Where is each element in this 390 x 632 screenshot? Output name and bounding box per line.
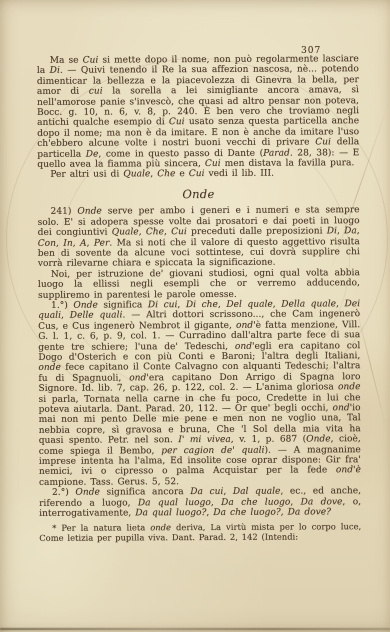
paragraph-cross-reference: Per altri usi di Quale, Che e Cui vedi i… (37, 169, 359, 181)
section-heading-onde: Onde (37, 188, 359, 200)
footnote-dante-paradiso: * Per la natura lieta onde deriva, La vi… (39, 523, 361, 544)
paragraph-editors-note: Noi, per istruzione de' giovani studiosi… (38, 268, 360, 301)
page-text-block: Ma se Cui si mette dopo il nome, non può… (37, 54, 362, 544)
paragraph-onde-meaning-1: 1.°) Onde significa Di cui, Di che, Del … (38, 299, 361, 488)
paragraph-onde-intro: 241) Onde serve per ambo i generi e i nu… (38, 205, 360, 269)
bottom-edge-line (0, 628, 390, 630)
paragraph-cui-after-noun-rule: Ma se Cui si mette dopo il nome, non può… (37, 54, 360, 170)
scanned-book-page: 307 Ma se Cui si mette dopo il nome, non… (0, 0, 390, 632)
paragraph-onde-meaning-2: 2.°) Onde significa ancora Da cui, Dal q… (39, 486, 361, 519)
